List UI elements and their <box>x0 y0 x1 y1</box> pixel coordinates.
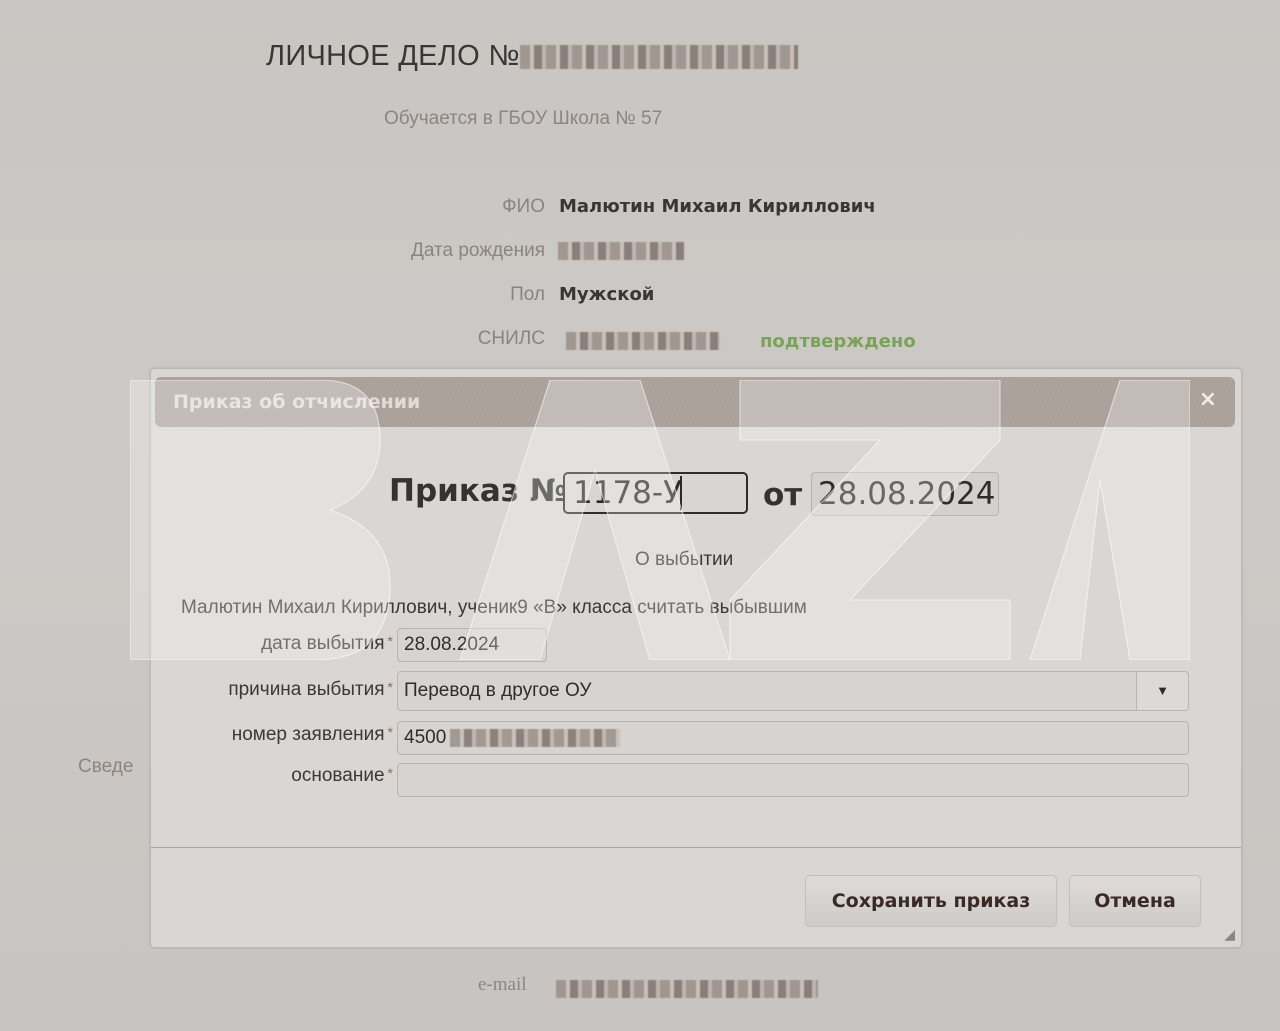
case-title-text: ЛИЧНОЕ ДЕЛО № <box>266 40 520 72</box>
info-row-fio: ФИО Малютин Михаил Кириллович <box>0 196 545 220</box>
dialog-title: Приказ об отчислении <box>173 391 420 413</box>
order-date-input[interactable]: 28.08.2024 <box>811 472 999 516</box>
label-text: номер заявления <box>232 724 385 745</box>
redacted-case-number <box>520 45 798 69</box>
case-title: ЛИЧНОЕ ДЕЛО № <box>266 40 798 73</box>
reason-select[interactable]: Перевод в другое ОУ ▼ <box>397 671 1189 711</box>
school-line: Обучается в ГБОУ Школа № 57 <box>384 108 662 130</box>
required-mark: * <box>388 724 393 740</box>
info-label: Пол <box>510 284 545 306</box>
redacted-email <box>556 980 818 998</box>
basis-input[interactable] <box>397 763 1189 797</box>
application-number-value: 4500 <box>404 727 446 748</box>
expulsion-order-dialog: Приказ об отчислении × Приказ № 1178-У о… <box>150 368 1242 948</box>
redacted-birthdate <box>558 242 684 260</box>
order-number-input[interactable]: 1178-У <box>563 472 748 514</box>
order-sentence: Малютин Михаил Кириллович, ученик9 «В» к… <box>181 597 807 619</box>
application-number-input[interactable]: 4500 <box>397 721 1189 755</box>
basis-label: основание* <box>291 765 393 787</box>
save-order-button[interactable]: Сохранить приказ <box>805 875 1057 927</box>
info-row-birthdate: Дата рождения <box>0 240 545 264</box>
close-icon[interactable]: × <box>1199 387 1217 412</box>
redacted-application-number <box>450 729 620 747</box>
departure-date-input[interactable]: 28.08.2024 <box>397 628 547 662</box>
reason-value: Перевод в другое ОУ <box>404 680 591 701</box>
departure-date-label: дата выбытия* <box>261 633 393 655</box>
cancel-button[interactable]: Отмена <box>1069 875 1201 927</box>
info-row-snils: СНИЛС <box>0 328 545 352</box>
text-cursor <box>680 476 682 510</box>
order-subject: О выбытии <box>635 549 733 571</box>
info-label: СНИЛС <box>478 328 545 350</box>
required-mark: * <box>388 633 393 649</box>
label-text: причина выбытия <box>228 679 384 700</box>
chevron-down-icon[interactable]: ▼ <box>1136 672 1188 710</box>
email-label: e-mail <box>478 974 527 996</box>
required-mark: * <box>388 679 393 695</box>
redacted-snils <box>566 332 720 350</box>
info-label: ФИО <box>502 196 545 218</box>
info-value: Мужской <box>559 284 654 305</box>
label-text: основание <box>291 765 384 786</box>
required-mark: * <box>388 765 393 781</box>
dialog-divider <box>151 847 1241 848</box>
resize-grip-icon[interactable]: ◢ <box>1224 927 1235 943</box>
order-number-value: 1178-У <box>573 475 682 511</box>
info-row-gender: Пол Мужской <box>0 284 545 308</box>
reason-label: причина выбытия* <box>228 679 393 701</box>
snils-status-badge: подтверждено <box>760 331 916 352</box>
info-value: Малютин Михаил Кириллович <box>559 196 876 217</box>
application-number-label: номер заявления* <box>232 724 393 746</box>
section-label-partial: Сведе <box>78 756 133 778</box>
dialog-header[interactable]: Приказ об отчислении × <box>155 377 1235 427</box>
order-label: Приказ № <box>389 473 567 509</box>
info-label: Дата рождения <box>411 240 545 262</box>
order-from-label: от <box>763 477 802 513</box>
label-text: дата выбытия <box>261 633 384 654</box>
